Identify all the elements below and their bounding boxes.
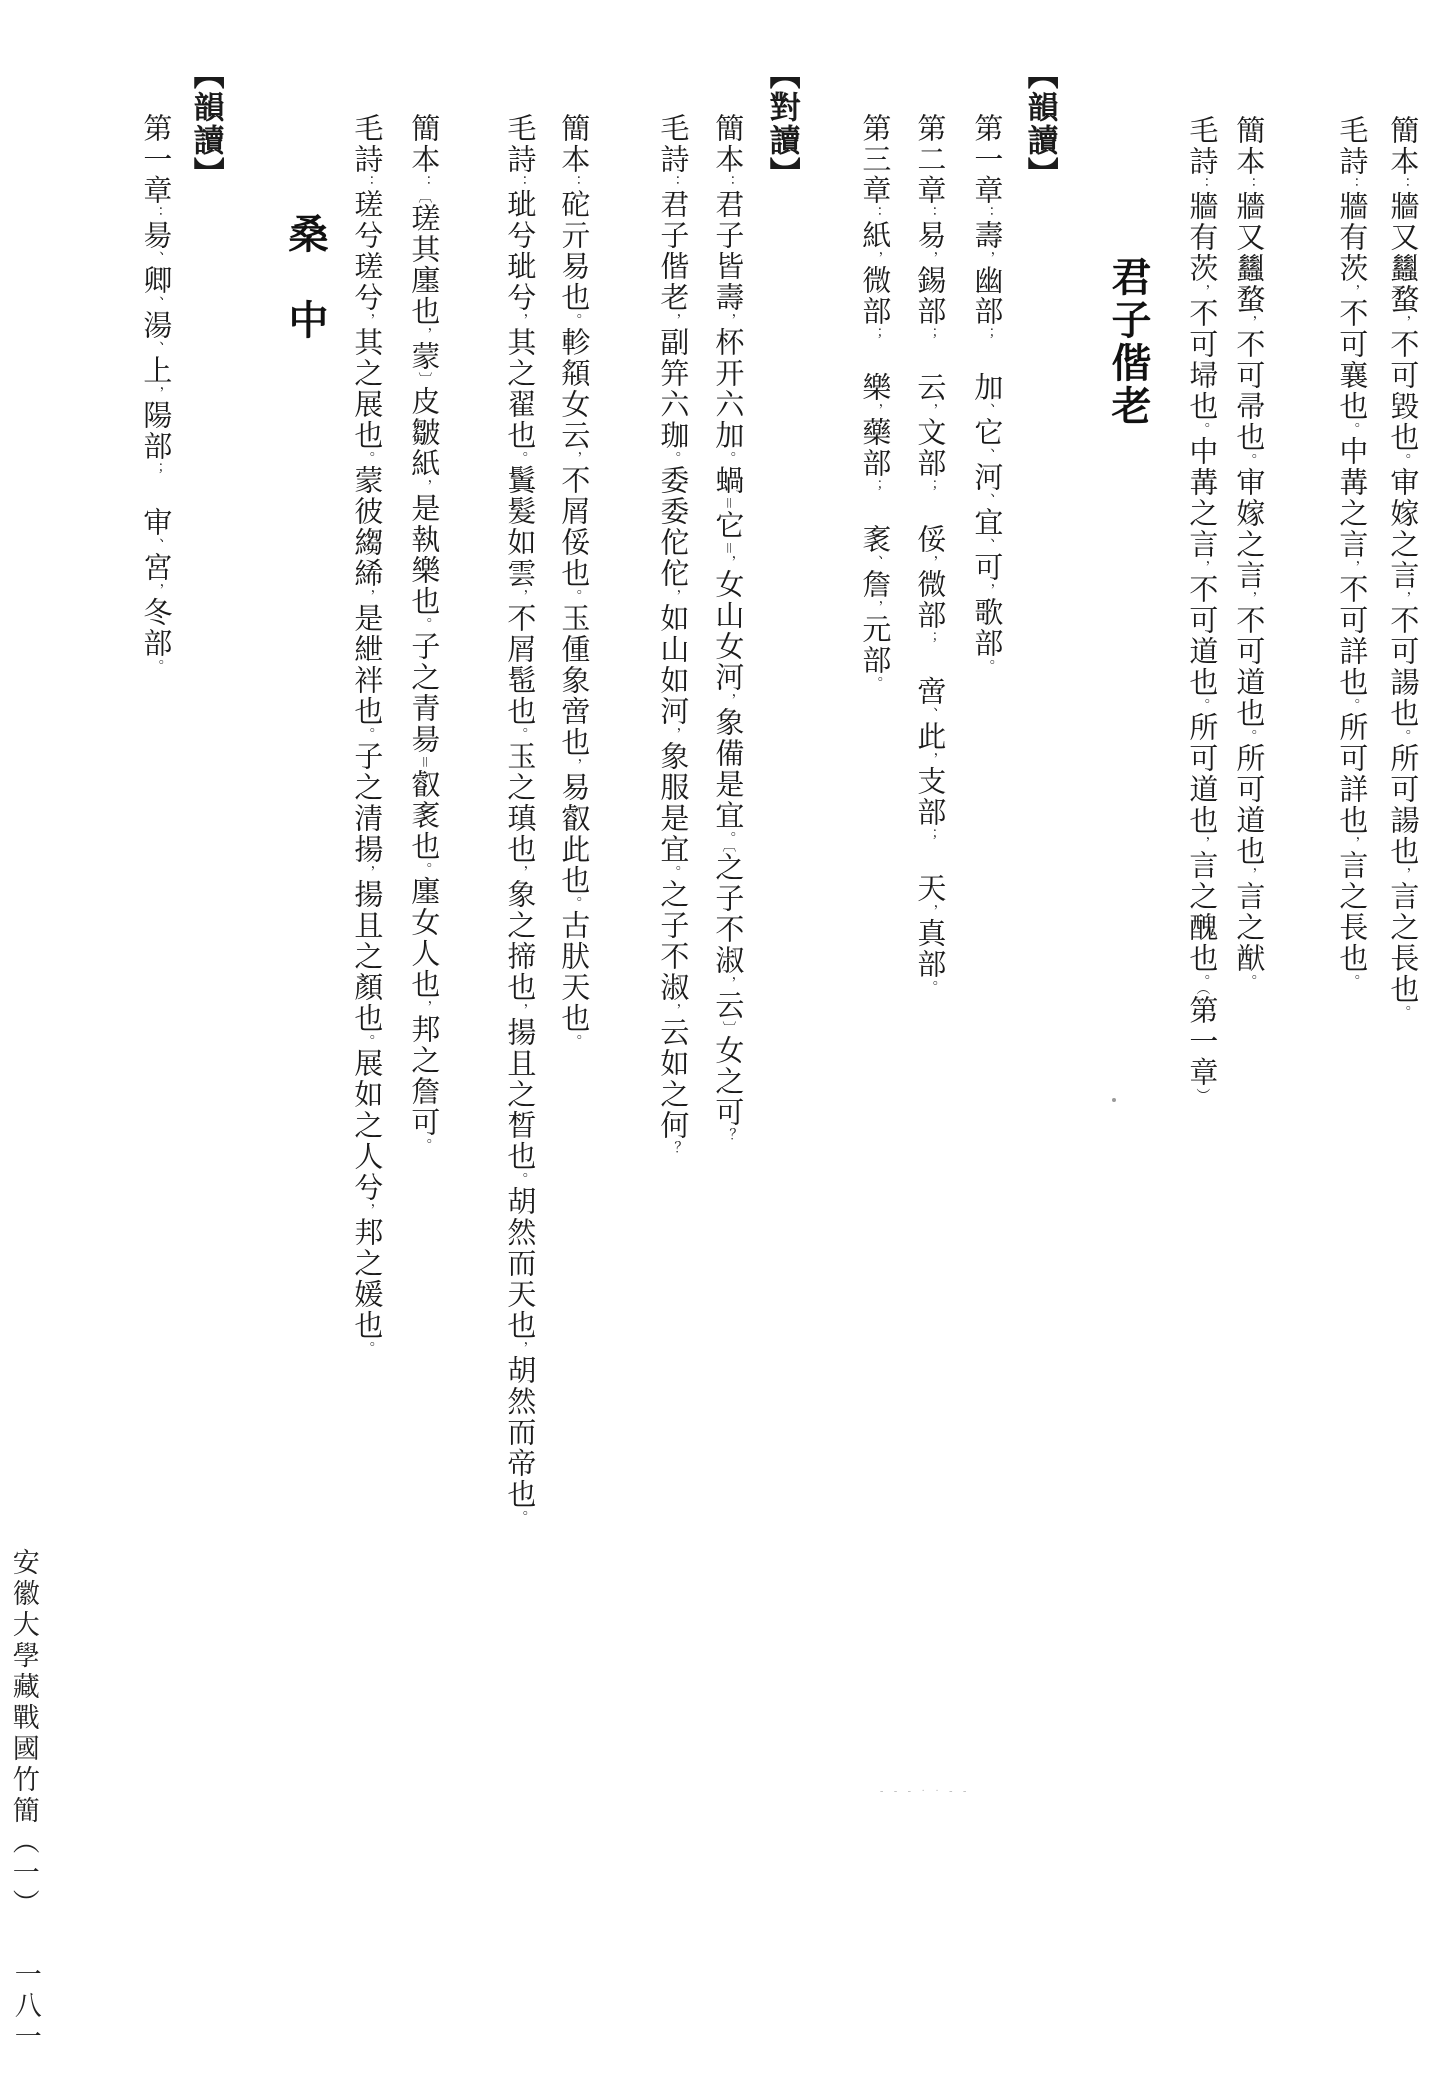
duidu-jianben-stanza-2: 簡本：砣亓易也。軫頯女云，不屑俀也。玉偅象啻也，易叡此也。古肰天也。 [556,113,589,1048]
scan-artifact-dashes: - - - · · - - [880,1786,970,1797]
scan-artifact-dot [1112,1098,1116,1102]
section-label-yundu-2: 【韻讀】 [188,58,224,190]
scanned-book-page: 簡本：牆又蠿蝥，不可毀也。审嫁之言，不可諹也。所可諹也，言之長也。 毛詩：牆有茨… [0,0,1440,2075]
duidu-jianben-column-2: 簡本：牆又蠿蝥，不可帚也。审嫁之言，不可道也。所可道也，言之猷。 [1231,115,1264,988]
duidu-maoshi-stanza-1: 毛詩：君子偕老，副笄六珈。委委佗佗，如山如河，象服是宜。之子不淑，云如之何？ [655,113,688,1155]
duidu-jianben-column-1: 簡本：牆又蠿蝥，不可毀也。审嫁之言，不可諹也。所可諹也，言之長也。 [1385,115,1418,1019]
poem-title-junzi-xielao: 君子偕老 [1106,256,1150,428]
yundu-stanza-1: 第一章：壽，幽部； 加、它、河、宜、可，歌部。 [969,113,1002,673]
yundu-stanza-3: 第三章：紙，微部； 樂，藥部； 袲、詹，元部。 [857,113,890,690]
duidu-maoshi-stanza-2: 毛詩：玼兮玼兮，其之翟也。鬒髮如雲，不屑髢也。玉之瑱也，象之揥也，揚且之晳也。胡… [502,113,535,1524]
book-title-spine: 安徽大學藏戰國竹簡（一） [8,1548,38,1920]
page-number: 一八一 [10,1960,40,2053]
duidu-maoshi-column-2: 毛詩：牆有茨，不可埽也。中冓之言，不可道也。所可道也，言之醜也。（第一章） [1184,115,1217,1102]
section-label-duidu: 【對讀】 [764,58,800,190]
duidu-maoshi-column-1: 毛詩：牆有茨，不可襄也。中冓之言，不可詳也。所可詳也，言之長也。 [1334,115,1367,988]
duidu-jianben-stanza-3: 簡本：〔瑳其廛也，蒙〕皮皺紙，是執樂也。子之青昜＝叡袲也。廛女人也，邦之詹可。 [406,113,439,1152]
duidu-jianben-stanza-1: 簡本：君子皆壽，杯开六加。蝸＝它＝，女山女河，象備是宜。〔之子不淑，云〕女之可？ [710,113,743,1142]
poem-title-sang-zhong: 桑 中 [283,213,327,342]
duidu-maoshi-stanza-3: 毛詩：瑳兮瑳兮，其之展也。蒙彼縐絺，是紲袢也。子之清揚，揚且之顏也。展如之人兮，… [349,113,382,1355]
yundu-stanza-2: 第二章：易，錫部； 云，文部； 俀，微部； 啻、此，支部； 天，真部。 [912,113,945,994]
yundu-sangzhong-stanza-1: 第一章：昜、卿、湯、上，陽部； 审、宮，冬部。 [138,113,171,673]
section-label-yundu: 【韻讀】 [1022,58,1058,190]
